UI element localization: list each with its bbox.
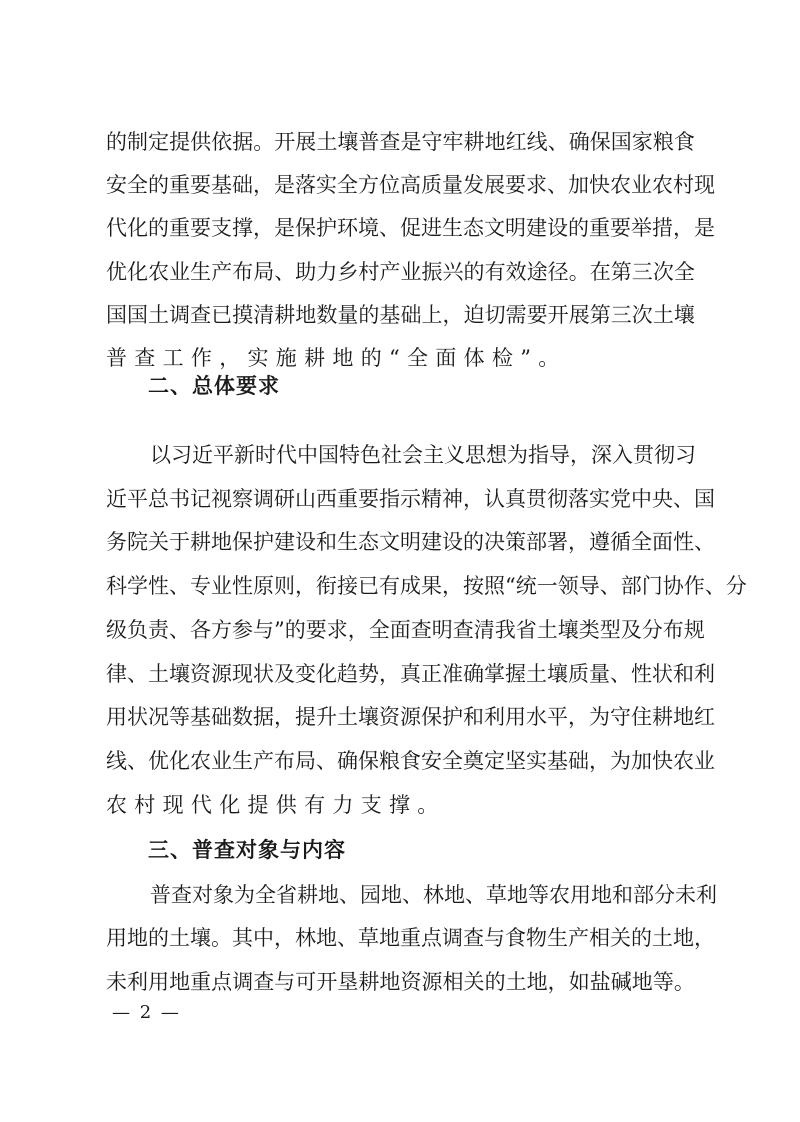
text-line: 优化农业生产布局、助力乡村产业振兴的有效途径。在第三次全: [106, 260, 695, 284]
text-line: 科学性、专业性原则，衔接已有成果，按照“统一领导、部门协作、分: [106, 574, 695, 598]
text-line: 近平总书记视察调研山西重要指示精神，认真贯彻落实党中央、国: [106, 487, 695, 511]
text-line: 以习近平新时代中国特色社会主义思想为指导，深入贯彻习: [150, 443, 695, 467]
text-line: 普查对象为全省耕地、园地、林地、草地等农用地和部分未利: [150, 883, 695, 907]
text-line: 安全的重要基础，是落实全方位高质量发展要求、加快农业农村现: [106, 173, 695, 197]
document-page: 的制定提供依据。开展土壤普查是守牢耕地红线、确保国家粮食 安全的重要基础，是落实…: [0, 0, 800, 1122]
text-line: 的制定提供依据。开展土壤普查是守牢耕地红线、确保国家粮食: [106, 130, 695, 154]
text-line: 普查工作，实施耕地的“全面体检”。: [106, 346, 695, 370]
text-line: 用状况等基础数据，提升土壤资源保护和利用水平，为守住耕地红: [106, 705, 695, 729]
text-line: 律、土壤资源现状及变化趋势，真正准确掌握土壤质量、性状和利: [106, 662, 695, 686]
text-line: 务院关于耕地保护建设和生态文明建设的决策部署，遵循全面性、: [106, 530, 695, 554]
section-heading-survey-objects: 三、普查对象与内容: [148, 838, 346, 862]
text-line: 代化的重要支撑，是保护环境、促进生态文明建设的重要举措，是: [106, 216, 695, 240]
text-line: 未利用地重点调查与可开垦耕地资源相关的土地，如盐碱地等。: [106, 970, 695, 994]
text-line: 级负责、各方参与”的要求，全面查明查清我省土壤类型及分布规: [106, 618, 695, 642]
page-number: — 2 —: [112, 1002, 181, 1024]
text-line: 用地的土壤。其中，林地、草地重点调查与食物生产相关的土地，: [106, 926, 695, 950]
text-line: 农村现代化提供有力支撑。: [106, 793, 695, 817]
text-line: 国国土调查已摸清耕地数量的基础上，迫切需要开展第三次土壤: [106, 303, 695, 327]
text-line: 线、优化农业生产布局、确保粮食安全奠定坚实基础，为加快农业: [106, 749, 695, 773]
section-heading-overall-requirements: 二、总体要求: [148, 374, 280, 398]
